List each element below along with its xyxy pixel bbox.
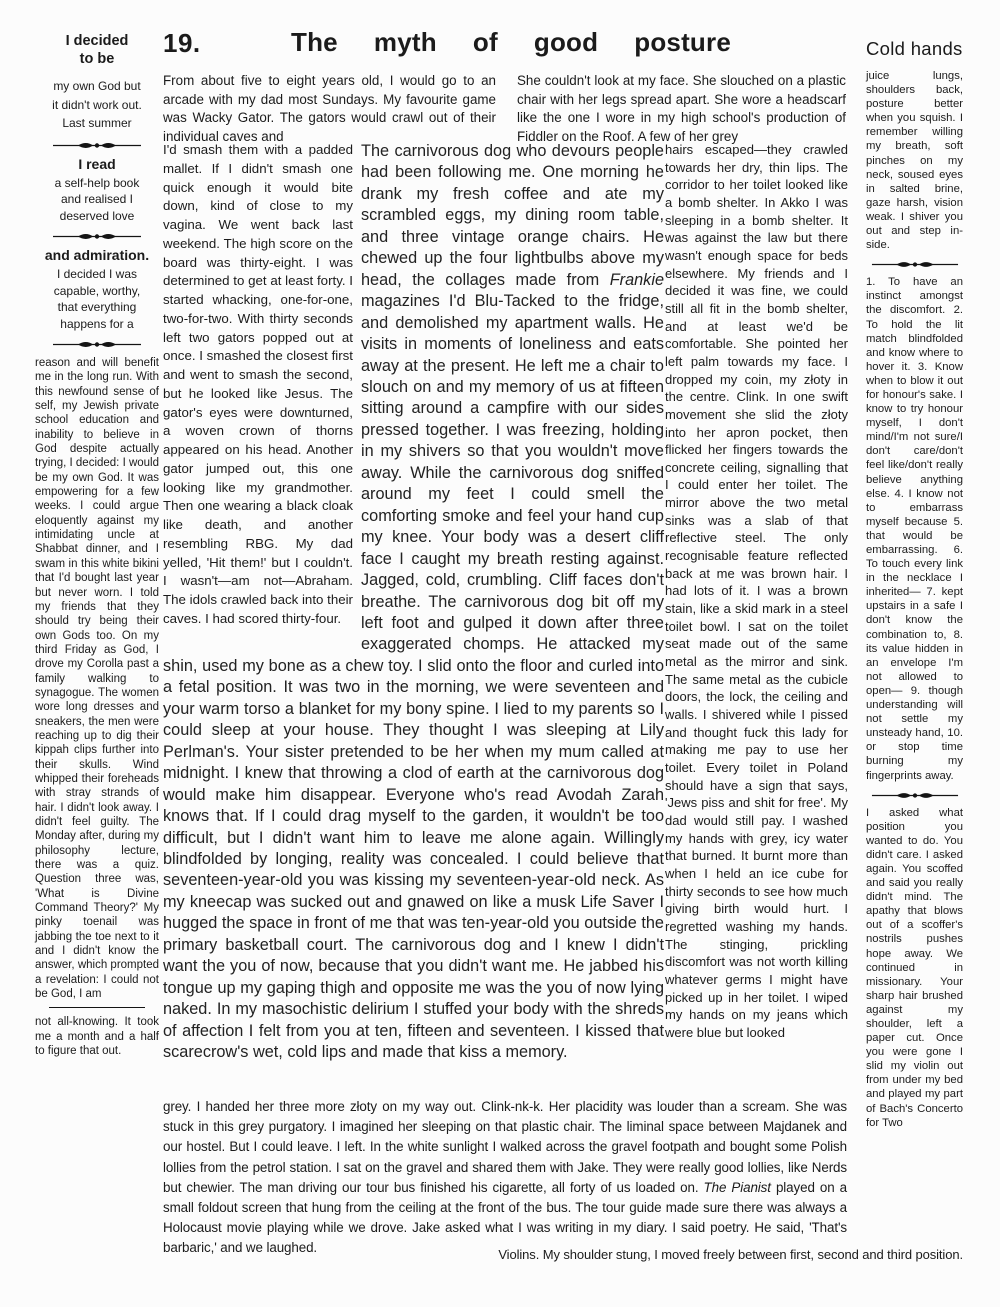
fleuron-divider-icon xyxy=(51,140,143,151)
page-title: The myth of good posture xyxy=(291,27,731,58)
violins-closing-line: Violins. My shoulder stung, I moved free… xyxy=(498,1247,963,1262)
left-stanza-4-lead: and admiration. xyxy=(35,247,159,264)
intro-right-paragraph: She couldn't look at my face. She slouch… xyxy=(517,72,846,147)
cold-hands-column: Cold hands juice lungs, shoulders back, … xyxy=(866,38,963,1130)
cold-hands-title: Cold hands xyxy=(866,38,963,60)
dog-story-column: The carnivorous dog who devours people h… xyxy=(163,141,664,1063)
column-spacer xyxy=(163,141,361,654)
left-stanza-2: my own God but it didn't work out. Last … xyxy=(35,77,159,133)
left-stanza-3: a self-help book and realised I deserved… xyxy=(35,175,159,225)
left-stanza-3-lead: I read xyxy=(35,156,159,173)
fleuron-divider-icon xyxy=(51,339,143,350)
left-stanza-4: I decided I was capable, worthy, that ev… xyxy=(35,266,159,332)
left-stanza-1: I decided to be xyxy=(35,32,159,68)
left-column-paragraph: reason and will benefit me in the long r… xyxy=(35,356,159,1001)
fleuron-divider-icon xyxy=(870,259,960,270)
section-rule xyxy=(49,1007,146,1008)
left-margin-column: I decided to be my own God but it didn't… xyxy=(35,32,159,1059)
cold-hands-paragraph-1: juice lungs, shoulders back, posture bet… xyxy=(866,69,963,252)
poland-story-column: hairs escaped—they crawled towards her d… xyxy=(665,141,848,1041)
bottom-story-block: grey. I handed her three more złoty on m… xyxy=(163,1097,847,1259)
cold-hands-paragraph-2: I asked what position you wanted to do. … xyxy=(866,806,963,1130)
fleuron-divider-icon xyxy=(51,231,143,242)
chapter-number: 19. xyxy=(163,28,201,59)
fleuron-divider-icon xyxy=(870,790,960,801)
magazine-page: I decided to be my own God but it didn't… xyxy=(0,0,1000,1307)
intro-left-paragraph: From about five to eight years old, I wo… xyxy=(163,72,496,147)
left-column-closing: not all-knowing. It took me a month and … xyxy=(35,1015,159,1058)
cold-hands-numbered-list: 1. To have an instinct amongst the disco… xyxy=(866,275,963,782)
